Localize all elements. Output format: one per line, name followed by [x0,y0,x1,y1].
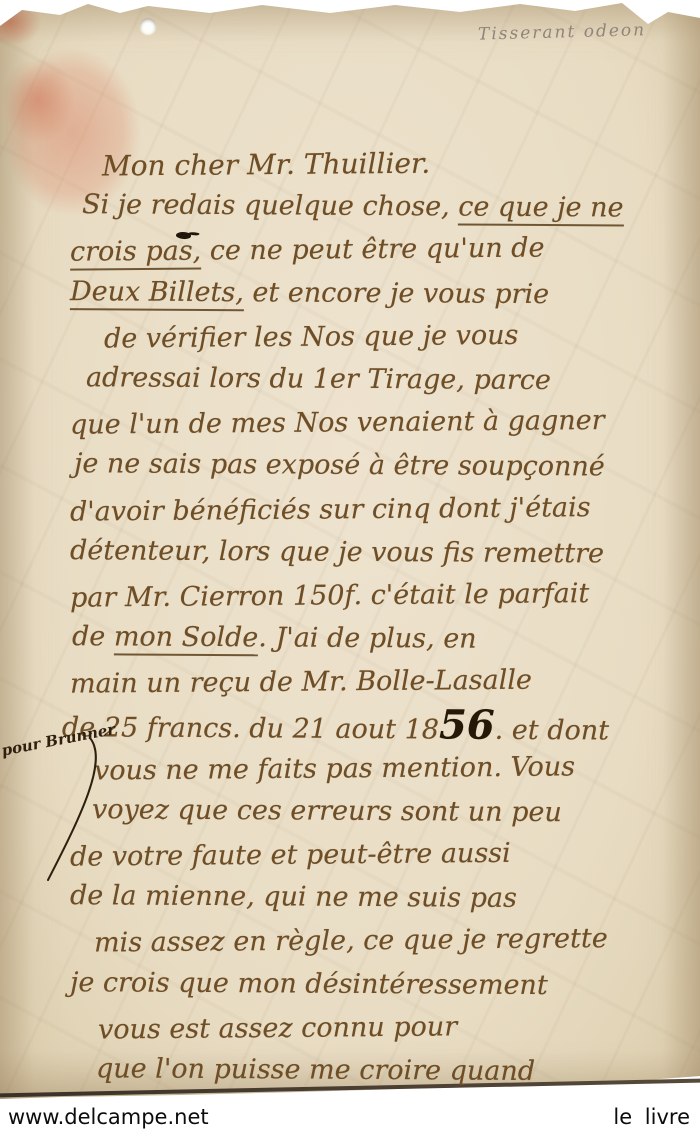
letter-line: Si je redais quelque chose, ce que je ne [82,183,678,230]
letter-line: mis assez en règle, ce que je regrette [94,917,678,965]
letter-line: d'avoir bénéficiés sur cinq dont j'étais [70,485,678,533]
letter-line: par Mr. Cierron 150f. c'était le parfait [70,571,678,619]
scanned-letter-page: Tisserant odeon Mon cher Mr. Thuillier. … [0,0,700,1132]
letter-line: vous ne me faits pas mention. Vous [94,744,678,792]
letter-line: Deux Billets, et encore je vous prie [70,270,678,317]
letter-body: Mon cher Mr. Thuillier. Si je redais que… [70,142,678,1092]
letter-line: crois pas, ce ne peut être qu'un de [70,226,678,274]
letter-line: que l'on puisse me croire quand [96,1047,678,1094]
margin-flourish-stroke [18,732,128,892]
watermark-site-text: www.delcampe.net [8,1105,209,1129]
letter-line: voyez que ces erreurs sont un peu [92,788,678,835]
letter-line: vous est assez connu pour [98,1003,678,1051]
letter-line: que l'un de mes Nos venaient à gagner [70,398,678,446]
letter-line: de 25 francs. du 21 aout 1856. et dont [62,702,678,749]
letter-line: de votre faute et peut-être aussi [70,830,678,878]
letter-line: je ne sais pas exposé à être soupçonné [74,442,678,489]
letter-line: de vérifier les Nos que je vous [104,312,678,360]
letter-line: de mon Solde. J'ai de plus, en [72,615,678,662]
letter-line: Mon cher Mr. Thuillier. [102,139,678,187]
letter-line: détenteur, lors que je vous fis remettre [70,529,678,576]
letter-line: adressai lors du 1er Tirage, parce [86,356,678,403]
watermark-category-text: le livre [613,1105,690,1129]
letter-line: de la mienne, qui ne me suis pas [70,874,678,921]
letter-line: main un reçu de Mr. Bolle-Lasalle [70,658,678,706]
letter-line: je crois que mon désintéressement [70,961,678,1008]
punch-hole [140,18,156,34]
